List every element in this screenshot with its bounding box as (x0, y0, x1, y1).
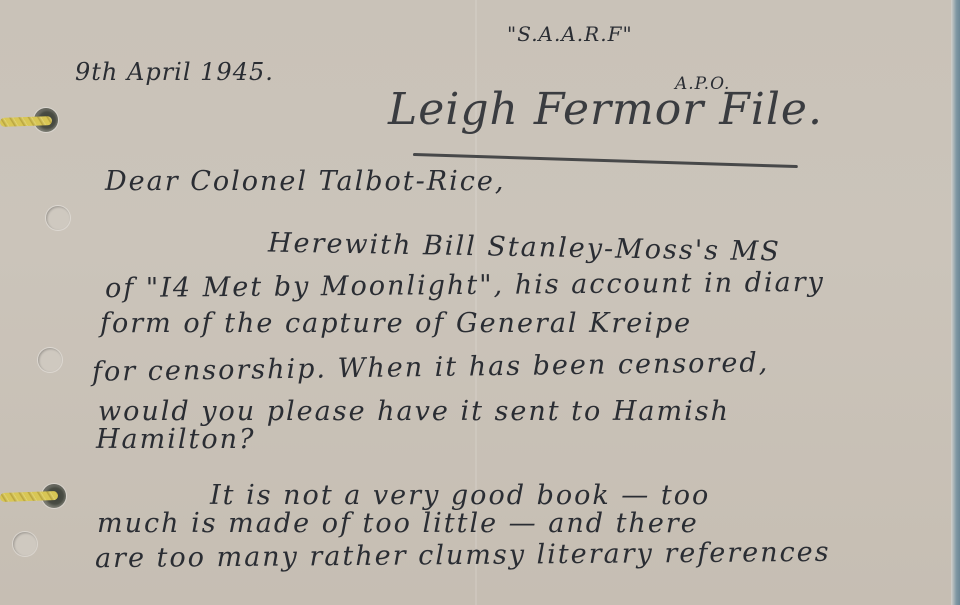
date: 9th April 1945. (75, 58, 274, 86)
punch-mark (38, 348, 62, 372)
organization-code: "S.A.A.R.F" (507, 22, 633, 46)
letter-line: Herewith Bill Stanley-Moss's MS (268, 228, 781, 268)
salutation: Dear Colonel Talbot-Rice, (105, 166, 505, 197)
letter-line: much is made of too little — and there (97, 508, 699, 539)
punch-mark (46, 206, 70, 230)
letter-page: 9th April 1945. "S.A.A.R.F" A.P.O. Leigh… (0, 0, 951, 605)
binding-cord-top (0, 116, 52, 127)
letter-line: It is not a very good book — too (210, 480, 710, 511)
letter-line: Hamilton? (96, 424, 256, 455)
letter-line: form of the capture of General Kreipe (100, 308, 692, 339)
file-title: Leigh Fermor File. (388, 84, 823, 135)
letter-line: for censorship. When it has been censore… (92, 347, 770, 387)
punch-mark (13, 532, 37, 556)
letter-line: of "I4 Met by Moonlight", his account in… (105, 267, 825, 304)
page-edge (951, 0, 960, 605)
letter-line: are too many rather clumsy literary refe… (95, 537, 831, 574)
letter-line: would you please have it sent to Hamish (98, 396, 730, 427)
